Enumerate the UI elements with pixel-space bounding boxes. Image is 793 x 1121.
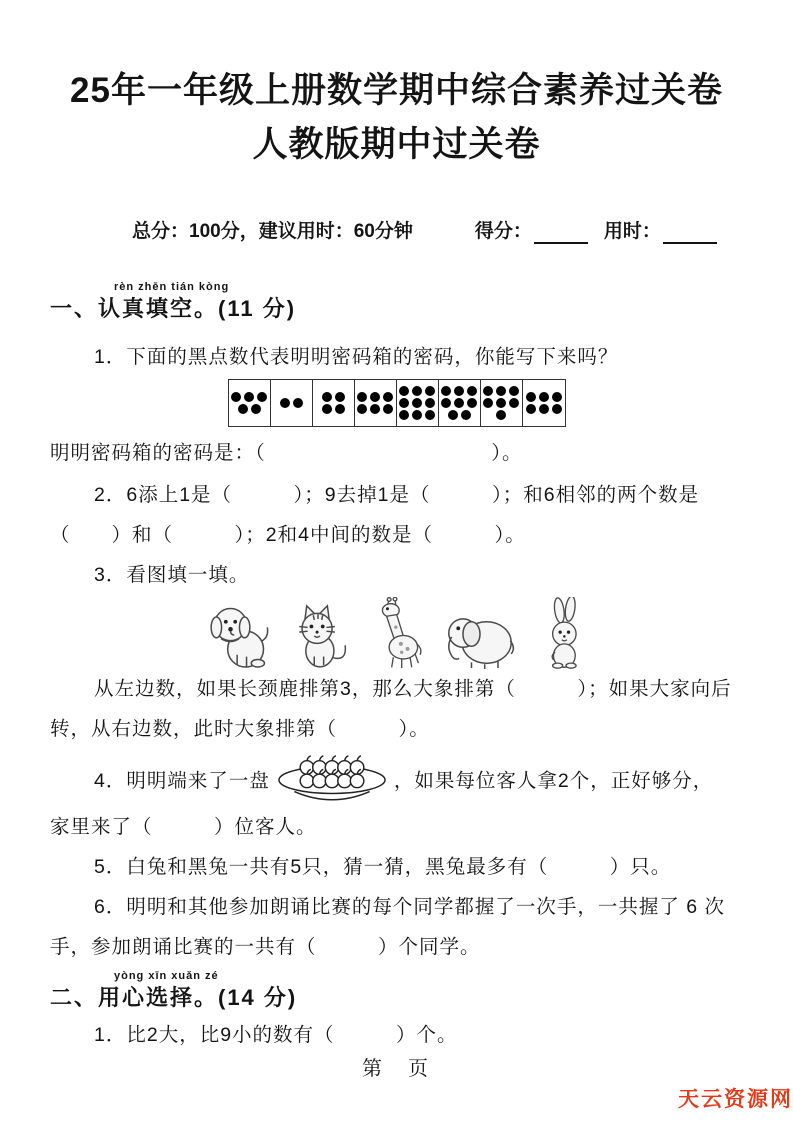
q2-line1[interactable]: 2．6添上1是（ ）；9去掉1是（ ）；和6相邻的两个数是 xyxy=(50,475,743,515)
total-score-duration-label: 总分：100分，建议用时：60分钟 xyxy=(132,220,413,244)
animal-row-image xyxy=(50,597,743,669)
section1-heading: rèn zhēn tián kòng 一、认真填空。(11 分) xyxy=(50,280,743,324)
q6-line1[interactable]: 6．明明和其他参加朗诵比赛的每个同学都握了一次手，一共握了 6 次 xyxy=(50,887,743,927)
title-line-1: 25年一年级上册数学期中综合素养过关卷 xyxy=(50,64,743,118)
time-used-label: 用时： xyxy=(604,220,661,244)
section2-title: 二、用心选择。(14 分) xyxy=(50,983,743,1013)
title-line-2: 人教版期中过关卷 xyxy=(50,118,743,172)
score-blank-line[interactable] xyxy=(534,223,588,244)
site-watermark: 天云资源网 xyxy=(678,1083,793,1113)
q3-line1[interactable]: 从左边数，如果长颈鹿排第3，那么大象排第（ ）；如果大家向后 xyxy=(50,669,743,709)
q4-line1: 4．明明端来了一盘 ，如果每位客人拿2个，正好够分， xyxy=(50,751,743,807)
section1-title: 一、认真填空。(11 分) xyxy=(50,294,743,324)
giraffe-image xyxy=(364,597,426,669)
rabbit-image xyxy=(534,597,588,669)
dot-cell xyxy=(313,380,355,426)
score-label: 得分： xyxy=(475,220,532,244)
q4-text-after: ，如果每位客人拿2个，正好够分， xyxy=(394,765,713,793)
cat-image xyxy=(288,599,348,669)
q3-text: 3．看图填一填。 xyxy=(50,555,743,595)
q4-text-before: 4．明明端来了一盘 xyxy=(94,765,270,793)
dot-cell xyxy=(397,380,439,426)
q5-text[interactable]: 5．白兔和黑兔一共有5只，猜一猜，黑兔最多有（ ）只。 xyxy=(50,847,743,887)
page-number-footer: 第 页 xyxy=(0,1052,793,1081)
fruit-plate-image xyxy=(274,752,390,806)
q1-answer-line[interactable]: 明明密码箱的密码是：（ ）。 xyxy=(50,433,743,473)
section2-pinyin: yòng xīn xuǎn zé xyxy=(114,969,743,983)
elephant-image xyxy=(442,599,518,669)
section2-q1-text[interactable]: 1．比2大，比9小的数有（ ）个。 xyxy=(50,1015,743,1055)
time-used-field: 用时： xyxy=(604,220,717,244)
q6-line2[interactable]: 手，参加朗诵比赛的一共有（ ）个同学。 xyxy=(50,927,743,967)
dot-cell xyxy=(271,380,313,426)
section1-pinyin: rèn zhēn tián kòng xyxy=(114,280,743,294)
dot-cell xyxy=(439,380,481,426)
q3-line2[interactable]: 转，从右边数，此时大象排第（ ）。 xyxy=(50,709,743,749)
q4-line2[interactable]: 家里来了（ ）位客人。 xyxy=(50,807,743,847)
exam-info-row: 总分：100分，建议用时：60分钟 得分： 用时： xyxy=(50,220,743,244)
dot-cell xyxy=(355,380,397,426)
q1-text: 1．下面的黑点数代表明明密码箱的密码，你能写下来吗？ xyxy=(50,337,743,377)
dot-cell xyxy=(523,380,565,426)
dog-image xyxy=(206,599,272,669)
password-dot-table xyxy=(228,379,566,427)
dot-cell xyxy=(229,380,271,426)
dot-cell xyxy=(481,380,523,426)
section2-heading: yòng xīn xuǎn zé 二、用心选择。(14 分) xyxy=(50,969,743,1013)
score-field: 得分： xyxy=(475,220,588,244)
q2-line2[interactable]: （ ）和（ ）；2和4中间的数是（ ）。 xyxy=(50,515,743,555)
exam-paper-page: 25年一年级上册数学期中综合素养过关卷 人教版期中过关卷 总分：100分，建议用… xyxy=(0,0,793,1121)
page-title: 25年一年级上册数学期中综合素养过关卷 人教版期中过关卷 xyxy=(50,0,743,172)
time-blank-line[interactable] xyxy=(663,223,717,244)
